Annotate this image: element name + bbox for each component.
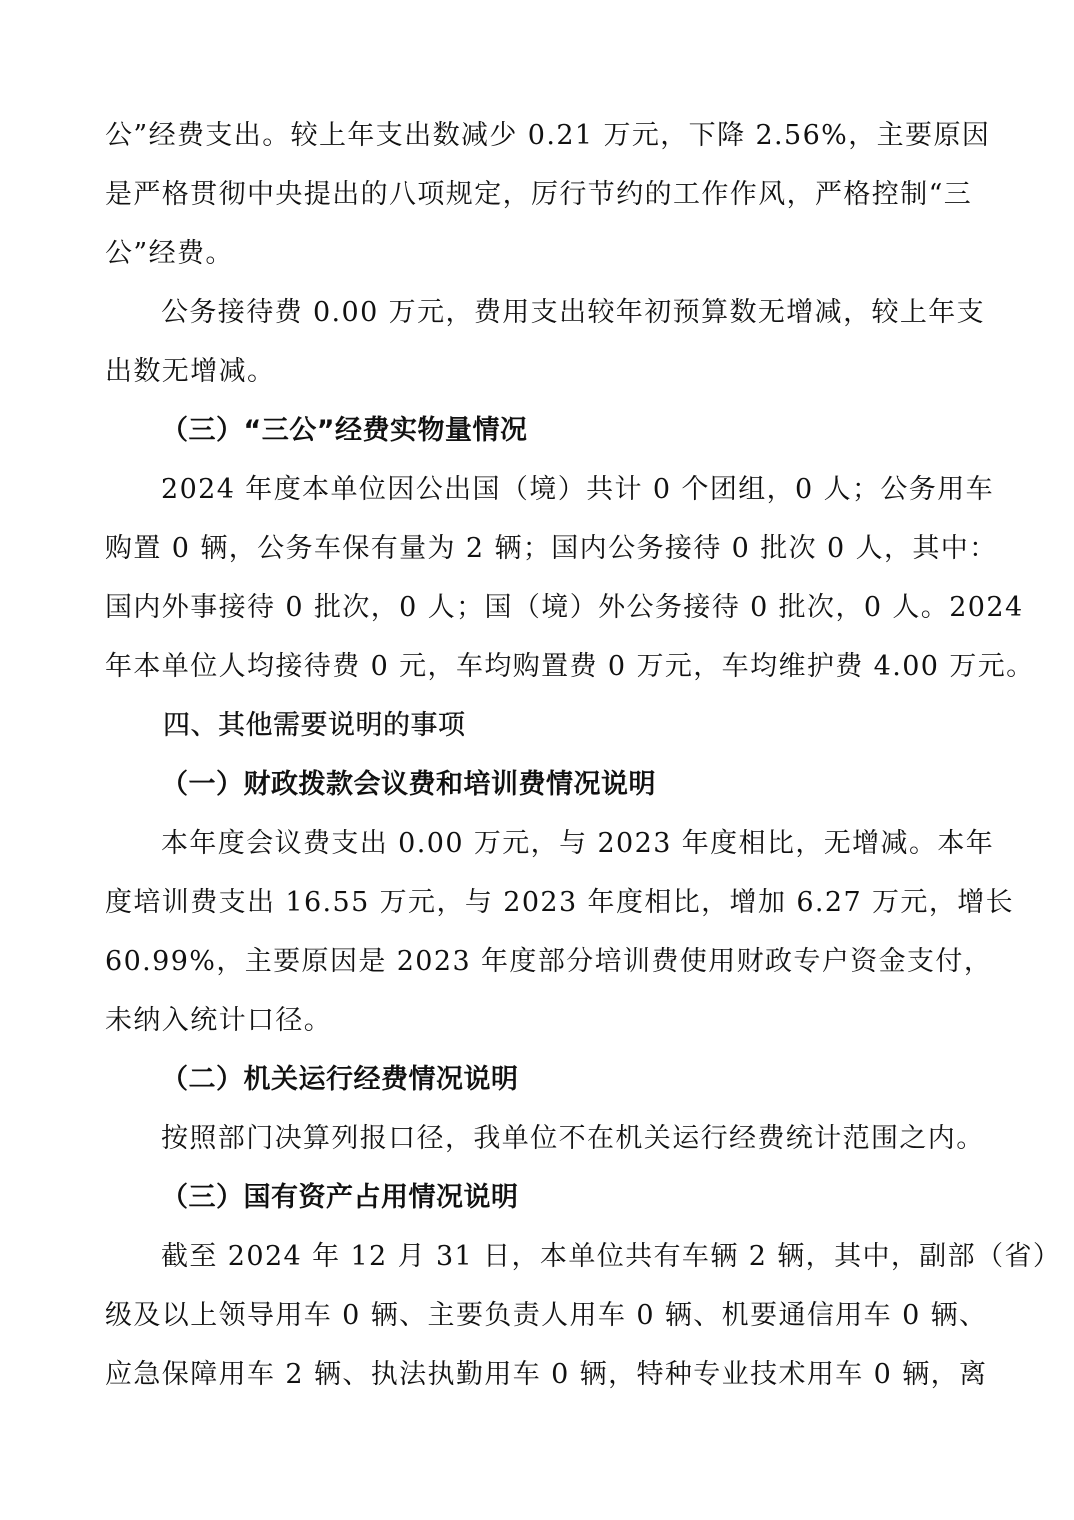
body-line: 本年度会议费支出 0.00 万元，与 2023 年度相比，无增减。本年 — [105, 814, 971, 873]
body-line: 60.99%，主要原因是 2023 年度部分培训费使用财政专户资金支付， — [105, 932, 971, 991]
section-heading: 四、其他需要说明的事项 — [105, 696, 971, 755]
body-line: 公务接待费 0.00 万元，费用支出较年初预算数无增减，较上年支 — [105, 283, 971, 342]
body-line: 购置 0 辆，公务车保有量为 2 辆；国内公务接待 0 批次 0 人，其中： — [105, 519, 971, 578]
body-line: 年本单位人均接待费 0 元，车均购置费 0 万元，车均维护费 4.00 万元。 — [105, 637, 971, 696]
section-subheading: （三）“三公”经费实物量情况 — [105, 401, 971, 460]
body-line: 出数无增减。 — [105, 342, 971, 401]
document-page: 公”经费支出。较上年支出数减少 0.21 万元，下降 2.56%，主要原因 是严… — [105, 106, 971, 1404]
section-subheading: （三）国有资产占用情况说明 — [105, 1168, 971, 1227]
body-line: 国内外事接待 0 批次，0 人；国（境）外公务接待 0 批次，0 人。2024 — [105, 578, 971, 637]
body-line: 按照部门决算列报口径，我单位不在机关运行经费统计范围之内。 — [105, 1109, 971, 1168]
body-line: 度培训费支出 16.55 万元，与 2023 年度相比，增加 6.27 万元，增… — [105, 873, 971, 932]
body-line: 未纳入统计口径。 — [105, 991, 971, 1050]
body-line: 截至 2024 年 12 月 31 日，本单位共有车辆 2 辆，其中，副部（省） — [105, 1227, 971, 1286]
body-line: 是严格贯彻中央提出的八项规定，厉行节约的工作作风，严格控制“三 — [105, 165, 971, 224]
section-subheading: （一）财政拨款会议费和培训费情况说明 — [105, 755, 971, 814]
body-line: 级及以上领导用车 0 辆、主要负责人用车 0 辆、机要通信用车 0 辆、 — [105, 1286, 971, 1345]
body-line: 应急保障用车 2 辆、执法执勤用车 0 辆，特种专业技术用车 0 辆，离 — [105, 1345, 971, 1404]
body-line: 2024 年度本单位因公出国（境）共计 0 个团组，0 人；公务用车 — [105, 460, 971, 519]
body-line: 公”经费支出。较上年支出数减少 0.21 万元，下降 2.56%，主要原因 — [105, 106, 971, 165]
section-subheading: （二）机关运行经费情况说明 — [105, 1050, 971, 1109]
body-line: 公”经费。 — [105, 224, 971, 283]
